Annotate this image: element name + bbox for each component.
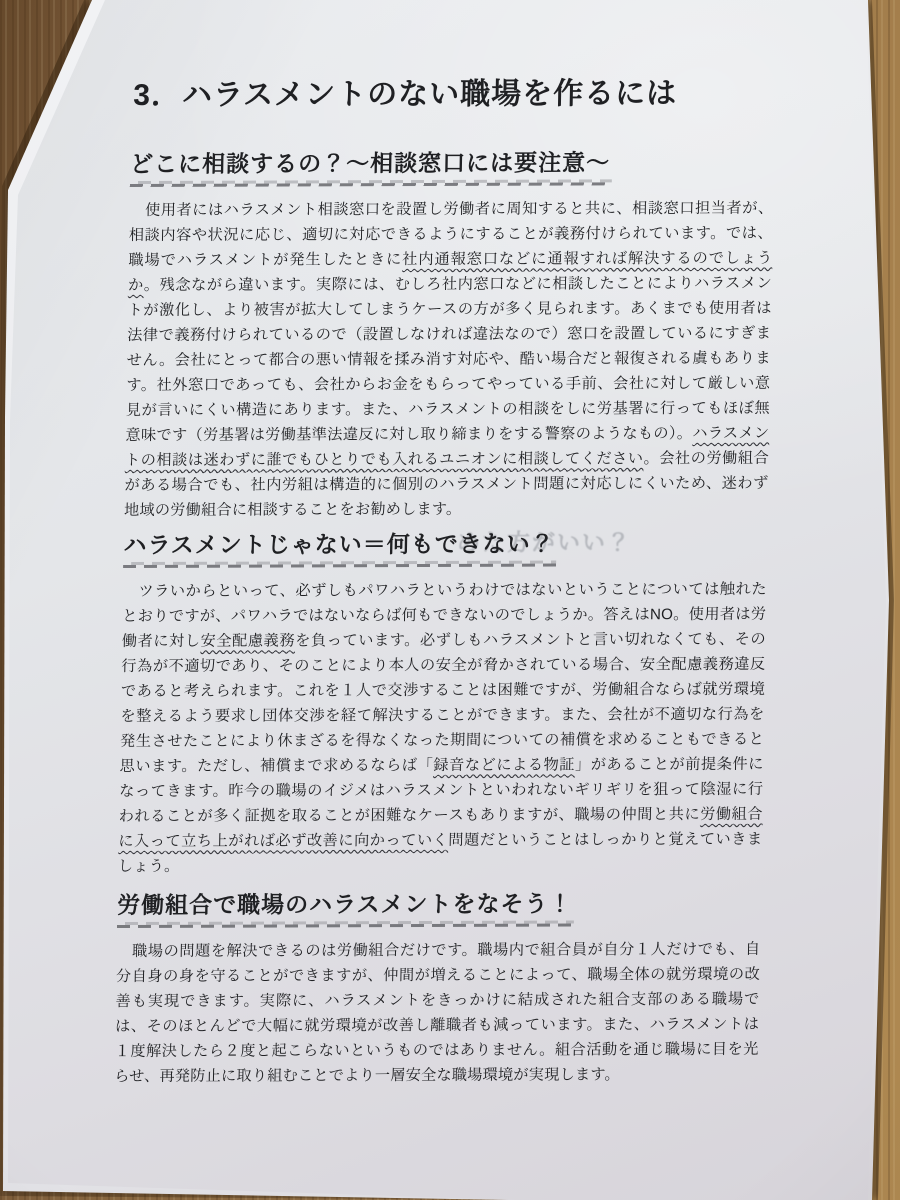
document-section: 労働組合で職場のハラスメントをなそう！ 職場の問題を解決できるのは労働組合だけで… [114, 885, 762, 1089]
section-paragraph: 使用者にはハラスメント相談窓口を設置し労働者に周知すると共に、相談窓口担当者が、… [124, 196, 774, 523]
section-heading: ハラスメントじゃない＝何もできない？ [123, 526, 557, 570]
section-paragraph: 職場の問題を解決できるのは労働組合だけです。職場内で組合員が自分１人だけでも、自… [114, 937, 761, 1089]
document-content: 3．ハラスメントのない職場を作るには どこに相談するの？〜相談窓口には要注意〜 … [112, 0, 777, 1200]
section-heading: 労働組合で職場のハラスメントをなそう！ [117, 885, 575, 929]
document-section: どこに相談するの？〜相談窓口には要注意〜 使用者にはハラスメント相談窓口を設置し… [124, 144, 775, 523]
text-run: 職場の問題を解決できるのは労働組合だけです。職場内で組合員が自分１人だけでも、自… [114, 941, 760, 1085]
text-run: を負っています。必ずしもハラスメントと言い切れなくても、その行為が不適切であり、… [119, 631, 765, 775]
emphasized-text-wavy-underline: 安全配慮義務 [200, 632, 295, 649]
text-run: 。残念ながら違います。実際には、むしろ社内窓口などに相談したことによりハラスメン… [125, 275, 772, 444]
emphasized-text-wavy-underline: 録音などによる物証 [433, 756, 575, 773]
section-heading: どこに相談するの？〜相談窓口には要注意〜 [130, 144, 613, 188]
section-paragraph: ツラいからといって、必ずしもパワハラというわけではないということについては触れた… [118, 577, 767, 879]
document-title: 3．ハラスメントのない職場を作るには [133, 68, 678, 114]
document-section: ハラスメントじゃない＝何もできない？ ツラいからといって、必ずしもパワハラという… [118, 525, 768, 879]
paper-sheet: めた方がいい？ 3．ハラスメントのない職場を作るには どこに相談するの？〜相談窓… [0, 0, 900, 1200]
